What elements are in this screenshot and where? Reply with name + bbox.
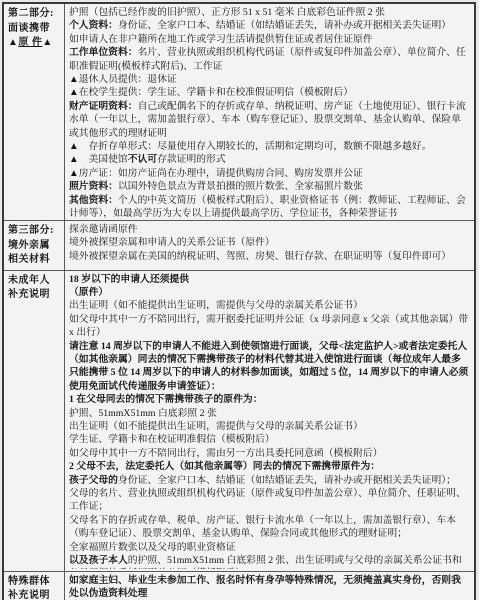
paragraph: 境外被探望亲属和申请人的关系公证书（原件） bbox=[69, 236, 470, 249]
header-line: 面谈携带 bbox=[8, 22, 60, 37]
paragraph: ▲退休人员提供：退休证 bbox=[69, 73, 470, 86]
text-segment: 原 件 bbox=[18, 37, 42, 48]
text-segment: 出生证明（如不能提供出生证明，需提供与父母的亲属关系公证书） bbox=[69, 421, 363, 432]
header-line: 相关材料 bbox=[8, 253, 60, 268]
paragraph: 照片资料：以国外特色景点为背景拍摄的照片数张、全家福照片数张 bbox=[69, 180, 470, 193]
paragraph: 2 父母不去，法定委托人（如其他亲属等）同去的情况下需携带原件为： bbox=[69, 460, 470, 473]
text-segment: 存款证明的形式 bbox=[157, 154, 226, 165]
paragraph: 其他资料：个人的中英文简历（模板样式附后）、职业资格证书（例：教师证、工程师证、… bbox=[69, 194, 470, 218]
paragraph: 18 岁以下的申请人还须提供 bbox=[69, 273, 470, 286]
content-box: 如家庭主妇、毕业生未参加工作、报名时怀有身孕等特殊情况，无须掩盖真实身份，否则我… bbox=[69, 574, 470, 600]
text-segment: 身份证、全家户口本、结婚证（如结婚证丢失，请补办或开据相关丢失证明） bbox=[118, 20, 451, 31]
text-segment: 面谈携带 bbox=[8, 23, 50, 34]
paragraph: 如父母中其中一方不陪同出行，需由另一方出具委托同意函（模板附后） bbox=[69, 447, 470, 460]
text-segment: 其他资料： bbox=[69, 195, 118, 206]
text-segment: 以国外特色景点为背景拍摄的照片数张、全家福照片数张 bbox=[118, 181, 363, 192]
paragraph: 如家庭主妇、毕业生未参加工作、报名时怀有身孕等特殊情况，无须掩盖真实身份，否则我… bbox=[69, 574, 470, 600]
row-header-cell: 第二部分:面谈携带▲原 件▲ bbox=[3, 3, 65, 221]
paragraph: 工作单位资料：名片、营业执照或组织机构代码证（原件或复印件加盖公章）、单位简介、… bbox=[69, 46, 470, 73]
content-cell: 探亲邀请函原件境外被探望亲属和申请人的关系公证书（原件）境外被探望亲属在美国的纳… bbox=[65, 221, 476, 271]
header-line: 补充说明 bbox=[8, 288, 60, 303]
paragraph: ▲房产证：如房产证尚在办理中，请提供购房合同、购房发票并公证 bbox=[69, 167, 470, 180]
paragraph: 如申请人在非户籍所在地工作或学习生活请提供暂住证或者居住证原件 bbox=[69, 33, 470, 46]
text-segment: 第三部分: bbox=[8, 225, 54, 236]
table-row: 第三部分:境外亲属相关材料探亲邀请函原件境外被探望亲属和申请人的关系公证书（原件… bbox=[3, 221, 475, 271]
text-segment: 第二部分: bbox=[8, 8, 54, 19]
text-segment: ▲ 美国使馆 bbox=[69, 154, 128, 165]
text-segment: （原件） bbox=[69, 287, 108, 298]
header-line: 第二部分: bbox=[8, 7, 60, 22]
paragraph: 1 在父母同去的情况下需携带孩子的原件为： bbox=[69, 393, 470, 406]
text-segment: 全家福照片数张以及父母的职业资格证 bbox=[69, 542, 236, 553]
paragraph: ▲在校学生提供：学生证、学籍卡和在校准假证明信（模板附后） bbox=[69, 86, 470, 99]
text-segment: 补充说明 bbox=[8, 590, 50, 600]
row-header-cell: 未成年人补充说明 bbox=[3, 270, 65, 571]
requirements-table: 第二部分:面谈携带▲原 件▲护照（包括已经作废的旧护照）、正方形 51 x 51… bbox=[2, 2, 476, 600]
text-segment: 个人的中英文简历（模板样式附后）、职业资格证书（例：教师证、工程师证、会计师等）… bbox=[69, 195, 466, 218]
text-segment: 照片资料： bbox=[69, 181, 118, 192]
text-segment: ▲房产证：如房产证尚在办理中，请提供购房合同、购房发票并公证 bbox=[69, 168, 363, 179]
paragraph: 财产证明资料：自己或配偶名下的存折或存单、纳税证明、房产证（土地使用证）、银行卡… bbox=[69, 100, 470, 140]
text-segment: 2 父母不去，法定委托人（如其他亲属等）同去的情况下需携带原件为： bbox=[69, 461, 380, 472]
paragraph: 探亲邀请函原件 bbox=[69, 223, 470, 236]
text-segment: ▲ 存折存单形式：尽量使用存入期较长的，活期和定期均可，数额不限越多越好。 bbox=[69, 141, 431, 152]
text-segment: 1 在父母同去的情况下需携带孩子的原件为： bbox=[69, 394, 263, 405]
text-segment: 出生证明（如不能提供出生证明，需提供与父母的亲属关系公证书） bbox=[69, 300, 363, 311]
header-line: ▲原 件▲ bbox=[8, 36, 60, 51]
table-row: 特殊群体补充说明如家庭主妇、毕业生未参加工作、报名时怀有身孕等特殊情况，无须掩盖… bbox=[3, 571, 475, 600]
text-segment: 探亲邀请函原件 bbox=[69, 224, 138, 235]
text-segment: 孩子父母的 bbox=[69, 475, 118, 486]
text-segment: 护照、51mmX51mm 白底彩照 2 张 bbox=[69, 408, 217, 419]
content-cell: 护照（包括已经作废的旧护照）、正方形 51 x 51 毫米 白底彩色证件照 2 … bbox=[65, 3, 476, 221]
row-header-lines: 特殊群体补充说明 bbox=[8, 575, 60, 600]
text-segment: 如申请人在非户籍所在地工作或学习生活请提供暂住证或者居住证原件 bbox=[69, 34, 373, 45]
row-header-lines: 未成年人补充说明 bbox=[8, 274, 60, 303]
text-segment: 境外被探望亲属在美国的纳税证明、驾照、房契、银行存款、在职证明等（复印件即可） bbox=[69, 251, 451, 262]
row-header-lines: 第二部分:面谈携带▲原 件▲ bbox=[8, 7, 60, 51]
paragraph: 个人资料：身份证、全家户口本、结婚证（如结婚证丢失，请补办或开据相关丢失证明） bbox=[69, 19, 470, 32]
text-segment: 不认可 bbox=[128, 154, 157, 165]
row-header-cell: 第三部分:境外亲属相关材料 bbox=[3, 221, 65, 271]
paragraph: 护照、51mmX51mm 白底彩照 2 张 bbox=[69, 407, 470, 420]
paragraph: 孩子父母的身份证、全家户口本、结婚证（如结婚证丢失，请补办或开据相关丢失证明）； bbox=[69, 474, 470, 487]
text-segment: ▲ bbox=[42, 37, 52, 48]
content-cell: 18 岁以下的申请人还须提供（原件）出生证明（如不能提供出生证明，需提供与父母的… bbox=[65, 270, 476, 571]
text-segment: 境外亲属 bbox=[8, 240, 50, 251]
text-segment: 相关材料 bbox=[8, 254, 50, 265]
paragraph: （原件） bbox=[69, 286, 470, 299]
header-line: 境外亲属 bbox=[8, 239, 60, 254]
paragraph: 全家福照片数张以及父母的职业资格证 bbox=[69, 541, 470, 554]
paragraph: 出生证明（如不能提供出生证明，需提供与父母的亲属关系公证书） bbox=[69, 420, 470, 433]
paragraph: 以及孩子本人的护照、51mmX51mm 白底彩照 2 张、出生证明或与父母的亲属… bbox=[69, 554, 470, 568]
text-segment: 请注意 14 周岁以下的申请人不能进入到使领馆进行面谈，父母<法定监护人>或者法… bbox=[69, 341, 468, 392]
text-segment: 以及孩子本人 bbox=[69, 555, 128, 566]
paragraph: 境外被探望亲属在美国的纳税证明、驾照、房契、银行存款、在职证明等（复印件即可） bbox=[69, 250, 470, 263]
paragraph: 学生证、学籍卡和在校证明准假信（模板附后） bbox=[69, 433, 470, 446]
text-segment: 的护照、51mmX51mm 白底彩照 2 张、出生证明或与父母的亲属关系公证书和… bbox=[69, 555, 462, 568]
table-row: 第二部分:面谈携带▲原 件▲护照（包括已经作废的旧护照）、正方形 51 x 51… bbox=[3, 3, 475, 221]
content-box: 探亲邀请函原件境外被探望亲属和申请人的关系公证书（原件）境外被探望亲属在美国的纳… bbox=[69, 223, 470, 263]
header-line: 第三部分: bbox=[8, 224, 60, 239]
content-box: 护照（包括已经作废的旧护照）、正方形 51 x 51 毫米 白底彩色证件照 2 … bbox=[69, 6, 470, 218]
text-segment: 父母名下的存折或存单、税单、房产证、银行卡流水单（一年以上，需加盖银行章）、车本… bbox=[69, 515, 456, 539]
text-segment: 身份证、全家户口本、结婚证（如结婚证丢失，请补办或开据相关丢失证明）； bbox=[118, 475, 456, 486]
text-segment: ▲ bbox=[8, 37, 18, 48]
text-segment: 未成年人 bbox=[8, 275, 50, 286]
row-header-cell: 特殊群体补充说明 bbox=[3, 571, 65, 600]
text-segment: 如父母中其中一方不陪同出行，需由另一方出具委托同意函（模板附后） bbox=[69, 448, 383, 459]
text-segment: 工作单位资料： bbox=[69, 47, 138, 58]
text-segment: 护照（包括已经作废的旧护照）、正方形 51 x 51 毫米 白底彩色证件照 2 … bbox=[69, 7, 385, 18]
text-segment: 补充说明 bbox=[8, 289, 50, 300]
text-segment: 个人资料： bbox=[69, 20, 118, 31]
paragraph: 护照（包括已经作废的旧护照）、正方形 51 x 51 毫米 白底彩色证件照 2 … bbox=[69, 6, 470, 19]
text-segment: 父母的名片、营业执照或组织机构代码证（原件或复印件加盖公章）、单位简介、任职证明… bbox=[69, 488, 466, 512]
paragraph: 父母名下的存折或存单、税单、房产证、银行卡流水单（一年以上，需加盖银行章）、车本… bbox=[69, 514, 470, 541]
paragraph: 父母的名片、营业执照或组织机构代码证（原件或复印件加盖公章）、单位简介、任职证明… bbox=[69, 487, 470, 514]
text-segment: 学生证、学籍卡和在校证明准假信（模板附后） bbox=[69, 434, 275, 445]
header-line: 特殊群体 bbox=[8, 575, 60, 590]
content-cell: 如家庭主妇、毕业生未参加工作、报名时怀有身孕等特殊情况，无须掩盖真实身份，否则我… bbox=[65, 571, 476, 600]
table-row: 未成年人补充说明18 岁以下的申请人还须提供（原件）出生证明（如不能提供出生证明… bbox=[3, 270, 475, 571]
paragraph: 请注意 14 周岁以下的申请人不能进入到使领馆进行面谈，父母<法定监护人>或者法… bbox=[69, 340, 470, 394]
text-segment: 特殊群体 bbox=[8, 576, 50, 587]
text-segment: 境外被探望亲属和申请人的关系公证书（原件） bbox=[69, 237, 275, 248]
text-segment: 财产证明资料： bbox=[69, 101, 138, 112]
text-segment: ▲退休人员提供：退休证 bbox=[69, 74, 177, 85]
text-segment: 18 岁以下的申请人还须提供 bbox=[69, 274, 189, 285]
paragraph: ▲ 存折存单形式：尽量使用存入期较长的，活期和定期均可，数额不限越多越好。 bbox=[69, 140, 470, 153]
text-segment: 如父母中其中一方不陪同出行，需开据委托证明并公证（x 母亲同意 x 父亲（或其他… bbox=[69, 314, 468, 338]
row-header-lines: 第三部分:境外亲属相关材料 bbox=[8, 224, 60, 268]
content-box: 18 岁以下的申请人还须提供（原件）出生证明（如不能提供出生证明，需提供与父母的… bbox=[69, 273, 470, 569]
text-segment: ▲在校学生提供：学生证、学籍卡和在校准假证明信（模板附后） bbox=[69, 87, 353, 98]
paragraph: ▲ 美国使馆不认可存款证明的形式 bbox=[69, 153, 470, 166]
header-line: 补充说明 bbox=[8, 589, 60, 600]
text-segment: 如家庭主妇、毕业生未参加工作、报名时怀有身孕等特殊情况，无须掩盖真实身份，否则我… bbox=[69, 575, 461, 599]
paragraph: 出生证明（如不能提供出生证明，需提供与父母的亲属关系公证书） bbox=[69, 299, 470, 312]
header-line: 未成年人 bbox=[8, 274, 60, 289]
paragraph: 如父母中其中一方不陪同出行，需开据委托证明并公证（x 母亲同意 x 父亲（或其他… bbox=[69, 313, 470, 340]
